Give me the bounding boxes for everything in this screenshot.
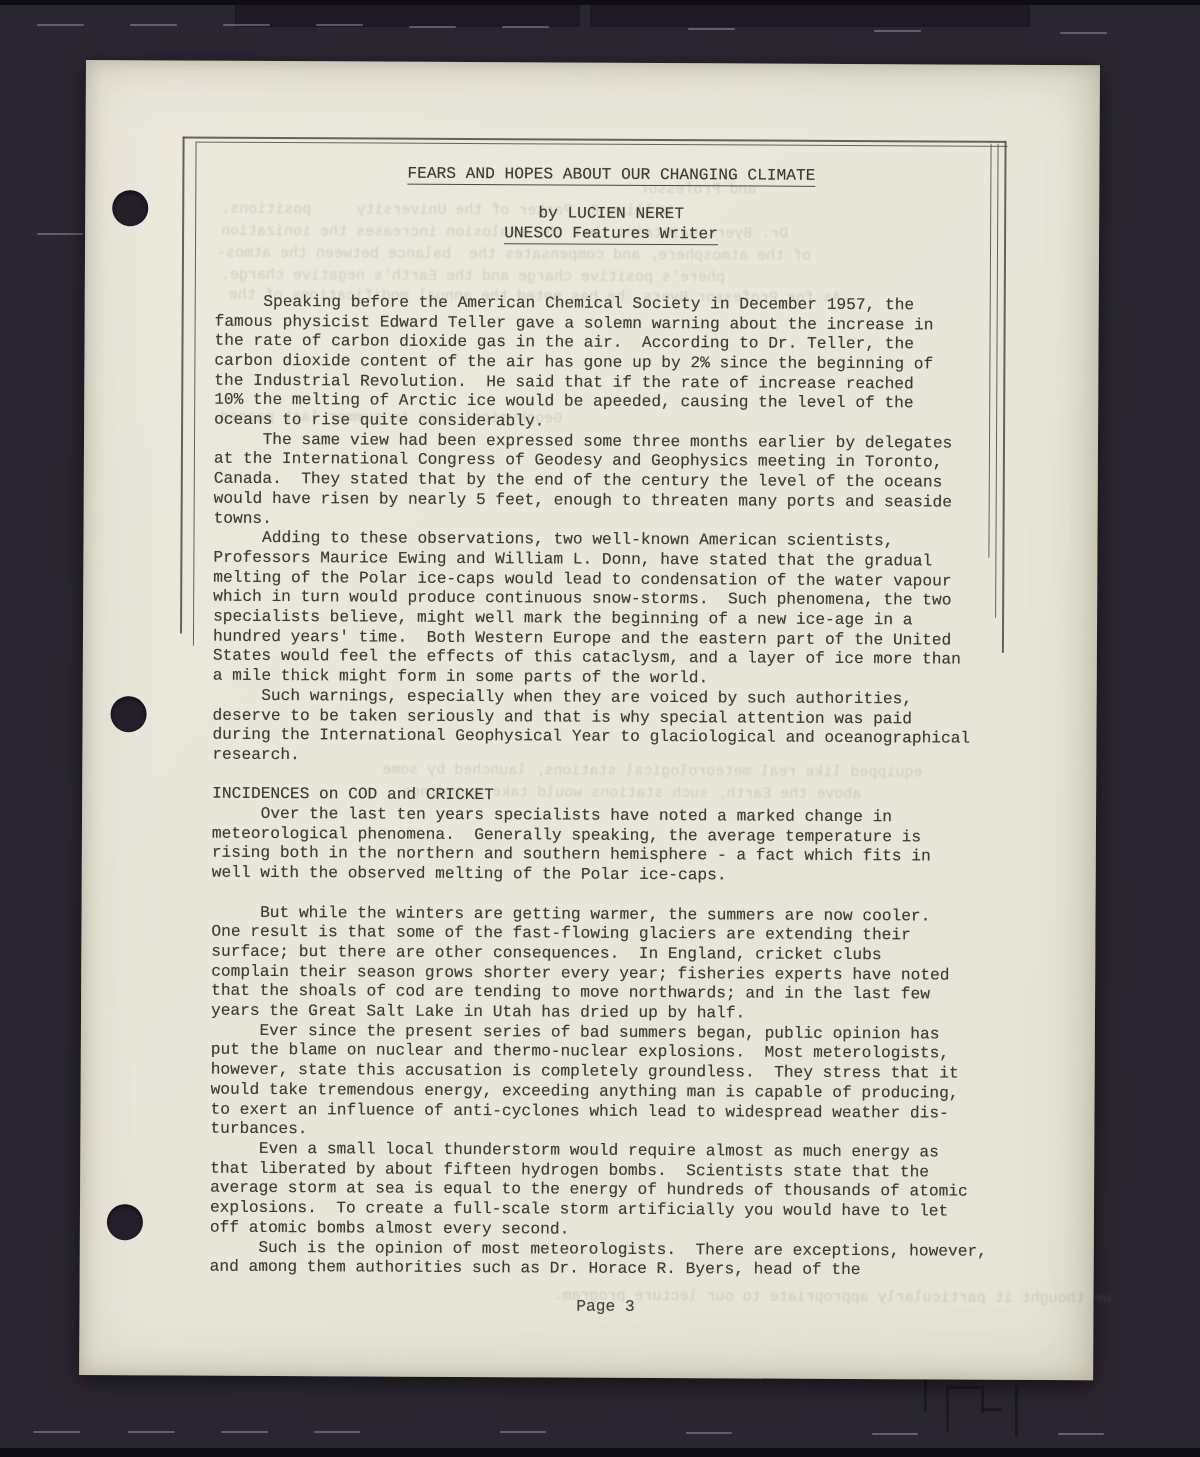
film-dash	[502, 26, 549, 28]
punch-hole-bottom	[107, 1204, 143, 1240]
frame-rule-left-outer	[180, 137, 185, 634]
paragraph-5: Over the last ten years specialists have…	[212, 805, 1004, 888]
film-tooth	[235, 0, 580, 27]
paragraph-7: Ever since the present series of bad sum…	[210, 1021, 1003, 1143]
article-org-line: UNESCO Features Writer	[215, 223, 1007, 247]
punch-hole-top	[112, 190, 148, 226]
film-dash	[686, 1432, 732, 1434]
film-dash	[314, 1431, 360, 1433]
paper-sheet: and Professor William R. Parker of the U…	[79, 60, 1100, 1380]
frame-rule-left-inner	[193, 142, 197, 646]
paragraph-9: Such is the opinion of most meteorologis…	[210, 1238, 1002, 1282]
article-org-text: UNESCO Features Writer	[504, 224, 718, 245]
film-dash	[1060, 32, 1107, 34]
emboss-mark	[948, 1386, 984, 1389]
film-dash	[409, 26, 456, 28]
punch-hole-middle	[110, 696, 146, 732]
film-dash	[223, 24, 270, 26]
article-title: FEARS AND HOPES ABOUT OUR CHANGING CLIMA…	[215, 164, 1007, 188]
film-dash	[37, 233, 83, 235]
film-dash	[37, 24, 84, 26]
film-dash	[130, 24, 177, 26]
film-dash	[1058, 1433, 1104, 1435]
emboss-mark	[984, 1408, 1002, 1411]
paragraph-3: Adding to these observations, two well-k…	[213, 529, 1006, 691]
paragraph-1: Speaking before the American Chemical So…	[214, 292, 1007, 434]
article-body: FEARS AND HOPES ABOUT OUR CHANGING CLIMA…	[210, 164, 1008, 1282]
emboss-mark	[1015, 1386, 1018, 1437]
article-title-text: FEARS AND HOPES ABOUT OUR CHANGING CLIMA…	[407, 165, 815, 187]
film-dash	[33, 1431, 80, 1433]
film-dash	[874, 30, 921, 32]
film-dash	[316, 24, 363, 26]
paragraph-2: The same view had been expressed some th…	[214, 430, 1007, 533]
paragraph-4: Such warnings, especially when they are …	[212, 687, 1004, 770]
film-tooth	[590, 0, 1030, 27]
film-dash	[221, 1431, 268, 1433]
film-dash	[500, 1431, 546, 1433]
frame-rule-top-inner	[196, 142, 1008, 147]
emboss-mark	[924, 1374, 927, 1412]
film-dash	[128, 1431, 175, 1433]
film-dash	[872, 1433, 918, 1435]
paragraph-8: Even a small local thunderstorm would re…	[210, 1140, 1003, 1243]
scanned-document-view: and Professor William R. Parker of the U…	[0, 0, 1200, 1457]
film-dash	[688, 28, 735, 30]
film-edge-bottom	[0, 1448, 1200, 1457]
paragraph-6: But while the winters are getting warmer…	[211, 903, 1004, 1025]
page-number: Page 3	[209, 1296, 1001, 1318]
emboss-mark	[946, 1386, 949, 1432]
